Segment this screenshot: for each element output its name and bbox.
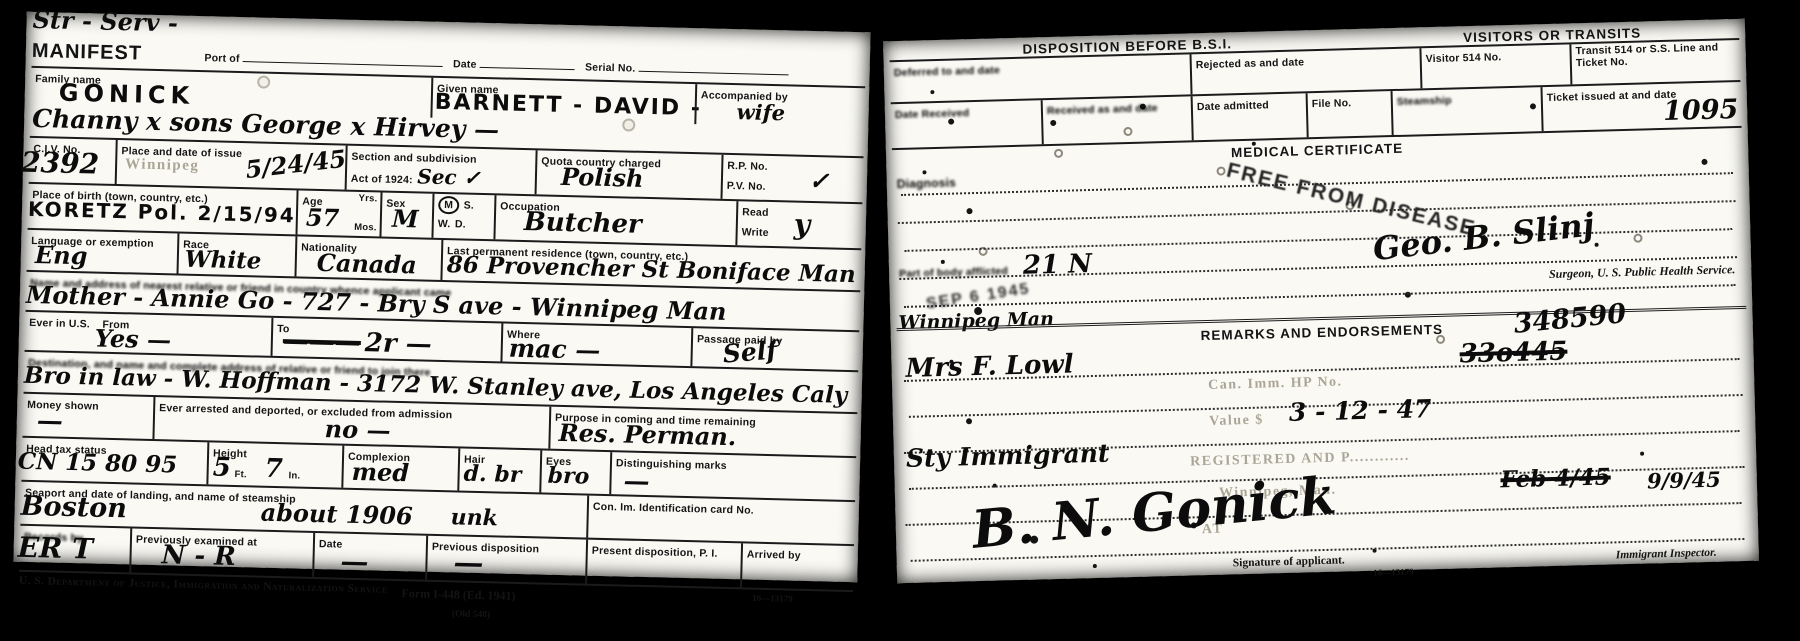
remark-line1-handwriting: Mrs F. Lowl xyxy=(905,352,1074,382)
money-shown-value: — xyxy=(37,408,64,435)
previously-examined-value: N - R xyxy=(161,542,236,570)
field-previously-examined: Previously examined at N - R xyxy=(129,528,313,576)
part-of-body-label: Part of body afflicted xyxy=(899,265,1008,280)
field-visitor-514: Visitor 514 No. xyxy=(1419,44,1570,88)
endorse-date-struck: Feb 4/45 xyxy=(1500,465,1611,491)
field-purpose: Purpose in coming and time remaining Res… xyxy=(548,407,859,457)
date-received-label: Date Received xyxy=(895,107,970,121)
field-con-im-card: Con. Im. Identification card No. xyxy=(586,496,857,545)
field-passage-paid-by: Passage paid by Self xyxy=(690,328,861,370)
field-rp-pv-no: R.P. No. P.V. No. ✓ xyxy=(720,155,865,203)
field-head-tax: Head tax status CN 15 80 95 xyxy=(21,438,207,485)
field-transit-514: Transit 514 or S.S. Line and Ticket No. xyxy=(1569,40,1740,84)
to-value-struck: ——— xyxy=(283,328,362,356)
act-of-1924-value: Sec ✓ xyxy=(417,164,481,190)
field-distinguishing-marks: Distinguishing marks — xyxy=(609,452,858,500)
visitor-514-label: Visitor 514 No. xyxy=(1426,51,1502,65)
head-tax-value: CN 15 80 95 xyxy=(18,450,178,477)
nationality-value: Canada xyxy=(317,251,418,277)
field-rejected: Rejected as and date xyxy=(1189,48,1420,94)
signature-of-applicant-label: Signature of applicant. xyxy=(1233,554,1345,569)
civ-no-value: 2392 xyxy=(21,149,100,179)
ever-in-us-label: Ever in U.S. xyxy=(29,317,90,331)
read-write-value: y xyxy=(794,211,811,239)
pv-no-label: P.V. No. xyxy=(727,180,766,193)
quota-country-value: Polish xyxy=(561,165,644,191)
form-number: Form I-448 (Ed. 1941) xyxy=(401,586,515,603)
form-number-block: Form I-448 (Ed. 1941) (Old 548) xyxy=(387,584,516,623)
height-in-value: 7 xyxy=(264,456,283,482)
field-date-received: Date Received xyxy=(891,100,1042,148)
file-no-label: File No. xyxy=(1312,97,1352,110)
field-hair: Hair d. br xyxy=(457,448,540,492)
distinguishing-marks-value: — xyxy=(623,468,650,495)
language-value: Eng xyxy=(35,243,88,268)
marital-m-circled: M xyxy=(438,196,459,215)
previous-disposition-label: Previous disposition xyxy=(432,541,540,556)
surgeon-title: Surgeon, U. S. Public Health Service. xyxy=(1549,262,1736,282)
value-stamp: Value $ xyxy=(1209,413,1264,430)
field-arrived-by: Arrived by xyxy=(740,543,856,590)
present-disposition-label: Present disposition, P. I. xyxy=(592,545,718,560)
field-where: Where mac — xyxy=(500,323,691,366)
field-nationality: Nationality Canada xyxy=(294,236,441,280)
exam-date-label: Date xyxy=(319,538,343,551)
field-occupation: Occupation Butcher xyxy=(493,195,736,245)
steamship-label: Steamship xyxy=(1397,95,1452,108)
received-as-label: Received as and date xyxy=(1047,102,1158,117)
endorse-date-handwriting: 9/9/45 xyxy=(1647,469,1721,492)
seaport-value: Boston xyxy=(20,493,127,523)
height-in-label: In. xyxy=(288,471,300,482)
hair-value: d. br xyxy=(463,463,521,486)
port-of-label: Port of xyxy=(204,52,240,65)
field-accompanied-by: Accompanied by wife xyxy=(694,84,867,128)
act-of-1924-label: Act of 1924: xyxy=(351,173,413,187)
passage-paid-by-value: Self xyxy=(722,337,778,366)
field-complexion: Complexion med xyxy=(341,446,458,491)
to-value: 2r — xyxy=(365,330,432,358)
field-place-of-birth: Place of birth (town, country, etc.) KOR… xyxy=(28,184,297,235)
marital-d: D. xyxy=(455,218,466,230)
field-eyes: Eyes bro xyxy=(539,450,610,494)
field-race: Race White xyxy=(176,234,295,277)
diagnosis-label-smudged: Diagnosis xyxy=(897,177,956,192)
manifest-card-front: Str - Serv - MANIFEST Port of Date Seria… xyxy=(13,12,870,582)
blank-rule xyxy=(243,51,443,67)
field-age: Age Yrs. Mos. 57 xyxy=(295,190,380,236)
accompanied-by-value: wife xyxy=(736,101,785,123)
ever-arrested-value: no — xyxy=(324,417,390,443)
age-yrs-label: Yrs. xyxy=(358,194,377,205)
arrived-by-label: Arrived by xyxy=(747,549,801,562)
previous-disposition-value: — xyxy=(453,548,484,579)
value-date-handwriting: 3 - 12 - 47 xyxy=(1289,396,1432,425)
field-read-write: Read Write y xyxy=(735,201,864,248)
case-number-struck: 33o445 xyxy=(1459,339,1567,368)
date-label: Date xyxy=(453,58,477,71)
field-exam-date: Date — xyxy=(312,533,426,580)
write-label: Write xyxy=(742,226,769,239)
form-number-old: (Old 548) xyxy=(452,609,490,620)
deferred-label: Deferred to and date xyxy=(894,64,1000,79)
issue-place-stamp: Winnipeg xyxy=(125,156,200,175)
occupation-value: Butcher xyxy=(524,209,642,238)
field-records-by: Records by ER T xyxy=(19,526,130,573)
section-subdivision-label: Section and subdivision xyxy=(351,151,477,166)
manifest-card-reverse: DISPOSITION BEFORE B.S.I. VISITORS OR TR… xyxy=(883,19,1759,583)
remarks-area: 33o445 Mrs F. Lowl Can. Imm. HP No. Valu… xyxy=(897,332,1753,590)
read-label: Read xyxy=(742,206,769,219)
remark-line2-handwriting: Sty Immigrant xyxy=(906,441,1110,471)
date-admitted-label: Date admitted xyxy=(1197,99,1269,113)
department-line: U. S. Department of Justice, Immigration… xyxy=(19,575,388,596)
blank-rule xyxy=(480,57,575,70)
dotted-line xyxy=(905,228,1733,252)
field-quota-country: Quota country charged Polish xyxy=(535,150,722,199)
field-language: Language or exemption Eng xyxy=(27,230,178,274)
landing-date-value: about 1906 xyxy=(260,501,413,529)
service-note-handwriting: Str - Serv - xyxy=(32,8,178,36)
height-ft-label: Ft. xyxy=(234,470,246,481)
transit-514-label: Transit 514 or S.S. Line and Ticket No. xyxy=(1575,41,1736,69)
field-money-shown: Money shown — xyxy=(22,394,153,439)
field-place-date-issue: Place and date of issue Winnipeg 5/24/45 xyxy=(115,140,346,190)
marital-w: W. xyxy=(438,218,451,230)
serial-no-label: Serial No. xyxy=(585,61,636,74)
manifest-title: MANIFEST xyxy=(32,40,143,65)
age-value: 57 xyxy=(306,206,340,231)
field-marital-status: M S. W. D. xyxy=(431,194,494,240)
field-ever-in-us-to: To ——— 2r — xyxy=(271,318,502,362)
marital-s: S. xyxy=(464,200,475,212)
rejected-label: Rejected as and date xyxy=(1196,56,1305,71)
sex-value: M xyxy=(392,207,419,232)
immigrant-inspector-label: Immigrant Inspector. xyxy=(1616,547,1717,562)
field-section-subdivision: Section and subdivision Act of 1924: Sec… xyxy=(345,146,536,195)
field-height: Height 5 Ft. 7 In. xyxy=(206,442,342,487)
field-steamship: Steamship xyxy=(1391,87,1542,135)
ever-arrested-label: Ever arrested and deported, or excluded … xyxy=(159,402,452,421)
steamship-name-value: unk xyxy=(450,506,498,529)
field-civ-no: C.I.V. No. 2392 xyxy=(29,138,116,184)
complexion-value: med xyxy=(351,460,409,485)
field-previous-disposition: Previous disposition — xyxy=(425,536,586,584)
purpose-value: Res. Perman. xyxy=(558,421,736,449)
applicant-signature: B. N. Gonick xyxy=(970,470,1338,557)
print-code: 16—13179 xyxy=(752,593,793,604)
field-ever-in-us-from: Ever in U.S. From Yes — xyxy=(25,312,272,356)
pv-no-value: ✓ xyxy=(809,169,830,193)
ticket-issued-value: 1095 xyxy=(1663,96,1739,125)
field-file-no: File No. xyxy=(1306,91,1392,137)
part-of-body-value: 21 N xyxy=(1023,251,1093,279)
field-received-as: Received as and date xyxy=(1041,96,1192,144)
eyes-value: bro xyxy=(547,465,589,488)
rp-no-label: R.P. No. xyxy=(727,160,768,173)
family-name-value: GONICK xyxy=(59,81,195,108)
height-ft-value: 5 xyxy=(212,454,231,480)
exam-date-value: — xyxy=(340,548,369,577)
hp-number-stamp: Can. Imm. HP No. xyxy=(1208,374,1343,394)
print-code-reverse: 16—13179 xyxy=(1373,567,1414,578)
age-mos-label: Mos. xyxy=(354,223,377,234)
from-value: Yes — xyxy=(95,327,172,353)
issue-date-value: 5/24/45 xyxy=(244,147,347,182)
place-of-birth-value: KORETZ Pol. 2/15/94 xyxy=(28,199,296,226)
race-value: White xyxy=(185,248,262,273)
scanned-document-page: Str - Serv - MANIFEST Port of Date Seria… xyxy=(0,0,1800,641)
ticket-issued-label: Ticket issued at and date xyxy=(1547,89,1677,104)
field-sex: Sex M xyxy=(379,192,432,237)
field-present-disposition: Present disposition, P. I. xyxy=(585,540,741,588)
field-date-admitted: Date admitted xyxy=(1191,93,1307,140)
blank-rule xyxy=(638,61,788,76)
field-ticket-issued: Ticket issued at and date 1095 xyxy=(1540,82,1741,131)
where-value: mac — xyxy=(508,336,600,363)
records-by-value: ER T xyxy=(17,534,93,564)
con-im-card-label: Con. Im. Identification card No. xyxy=(593,501,754,517)
